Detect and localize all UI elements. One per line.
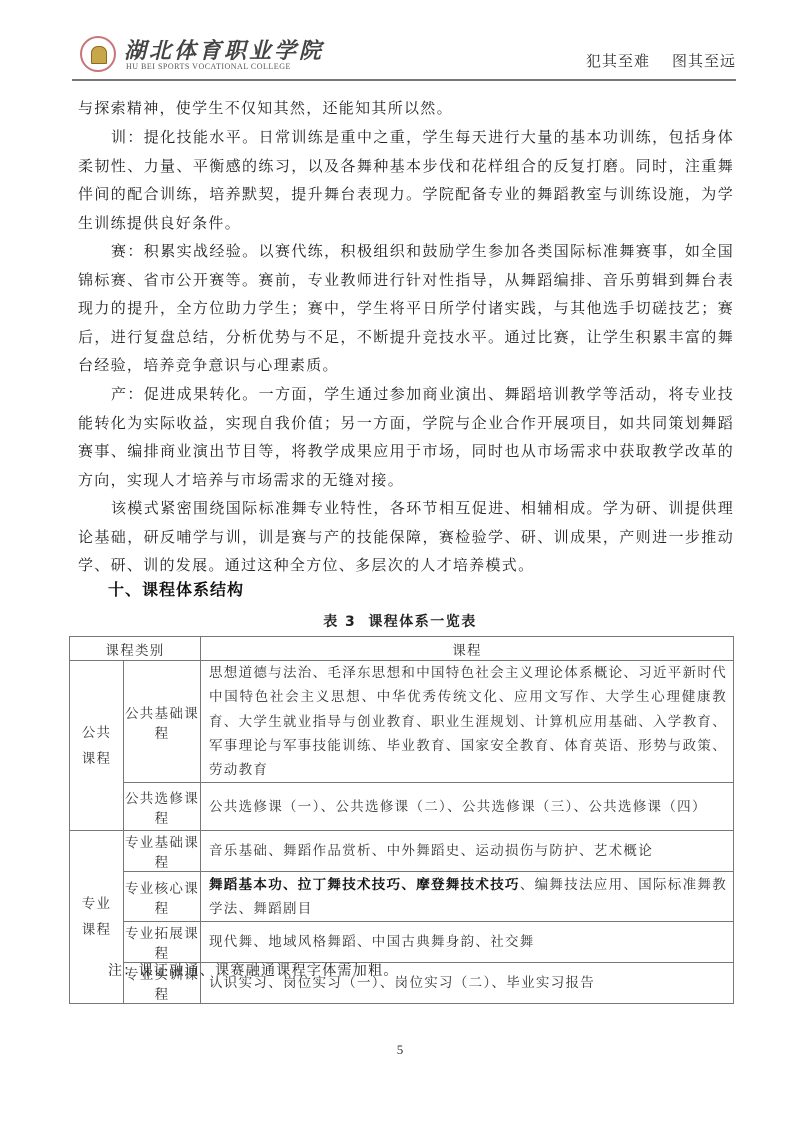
header-courses: 课程	[201, 637, 734, 661]
bold-courses: 舞蹈基本功、拉丁舞技术技巧、摩登舞技术技巧	[209, 877, 520, 893]
header-divider	[72, 79, 736, 81]
motto-part-2: 图其至远	[672, 52, 736, 70]
table-row: 专业拓展课程 现代舞、地域风格舞蹈、中国古典舞身韵、社交舞	[70, 922, 734, 963]
table-caption: 表 3课程体系一览表	[0, 611, 800, 631]
motto-part-1: 犯其至难	[586, 52, 650, 70]
course-structure-table: 课程类别 课程 公共课程 公共基础课程 思想道德与法治、毛泽东思想和中国特色社会…	[69, 636, 734, 1004]
category-public: 公共课程	[70, 661, 124, 831]
paragraph-compete: 赛：积累实战经验。以赛代练，积极组织和鼓励学生参加各类国际标准舞赛事，如全国锦标…	[78, 237, 734, 380]
courses-cell: 公共选修课（一）、公共选修课（二）、公共选修课（三）、公共选修课（四）	[201, 783, 734, 831]
table-caption-title: 课程体系一览表	[368, 614, 477, 630]
subcategory-cell: 公共选修课程	[124, 783, 201, 831]
courses-cell: 现代舞、地域风格舞蹈、中国古典舞身韵、社交舞	[201, 922, 734, 963]
subcategory-cell: 公共基础课程	[124, 661, 201, 783]
paragraph-train: 训：提化技能水平。日常训练是重中之重，学生每天进行大量的基本功训练，包括身体柔韧…	[78, 123, 734, 237]
institution-name-en: HU BEI SPORTS VOCATIONAL COLLEGE	[126, 62, 291, 71]
subcategory-cell: 专业核心课程	[124, 872, 201, 922]
page-header: 湖北体育职业学院 HU BEI SPORTS VOCATIONAL COLLEG…	[72, 28, 736, 78]
subcategory-cell: 专业拓展课程	[124, 922, 201, 963]
table-header-row: 课程类别 课程	[70, 637, 734, 661]
page-number: 5	[0, 1042, 800, 1058]
paragraph-produce: 产：促进成果转化。一方面，学生通过参加商业演出、舞蹈培训教学等活动，将专业技能转…	[78, 380, 734, 494]
table-row: 公共选修课程 公共选修课（一）、公共选修课（二）、公共选修课（三）、公共选修课（…	[70, 783, 734, 831]
motto: 犯其至难图其至远	[570, 50, 736, 71]
subcategory-cell: 专业基础课程	[124, 831, 201, 872]
institution-name-cn: 湖北体育职业学院	[124, 34, 324, 65]
table-note: 注：课证融通、课赛融通课程字体需加粗。	[108, 960, 399, 980]
college-emblem-icon	[80, 36, 116, 72]
courses-cell: 舞蹈基本功、拉丁舞技术技巧、摩登舞技术技巧、编舞技法应用、国际标准舞教学法、舞蹈…	[201, 872, 734, 922]
emblem-building-icon	[91, 46, 107, 64]
table-caption-number: 表 3	[323, 614, 356, 630]
section-heading: 十、课程体系结构	[108, 577, 244, 600]
table-row: 专业核心课程 舞蹈基本功、拉丁舞技术技巧、摩登舞技术技巧、编舞技法应用、国际标准…	[70, 872, 734, 922]
table-row: 公共课程 公共基础课程 思想道德与法治、毛泽东思想和中国特色社会主义理论体系概论…	[70, 661, 734, 783]
courses-cell: 音乐基础、舞蹈作品赏析、中外舞蹈史、运动损伤与防护、艺术概论	[201, 831, 734, 872]
table-row: 专业课程 专业基础课程 音乐基础、舞蹈作品赏析、中外舞蹈史、运动损伤与防护、艺术…	[70, 831, 734, 872]
paragraph-summary: 该模式紧密围绕国际标准舞专业特性，各环节相互促进、相辅相成。学为研、训提供理论基…	[78, 494, 734, 580]
header-category: 课程类别	[70, 637, 201, 661]
paragraph-continuation: 与探索精神，使学生不仅知其然，还能知其所以然。	[78, 94, 734, 123]
courses-cell: 思想道德与法治、毛泽东思想和中国特色社会主义理论体系概论、习近平新时代中国特色社…	[201, 661, 734, 783]
